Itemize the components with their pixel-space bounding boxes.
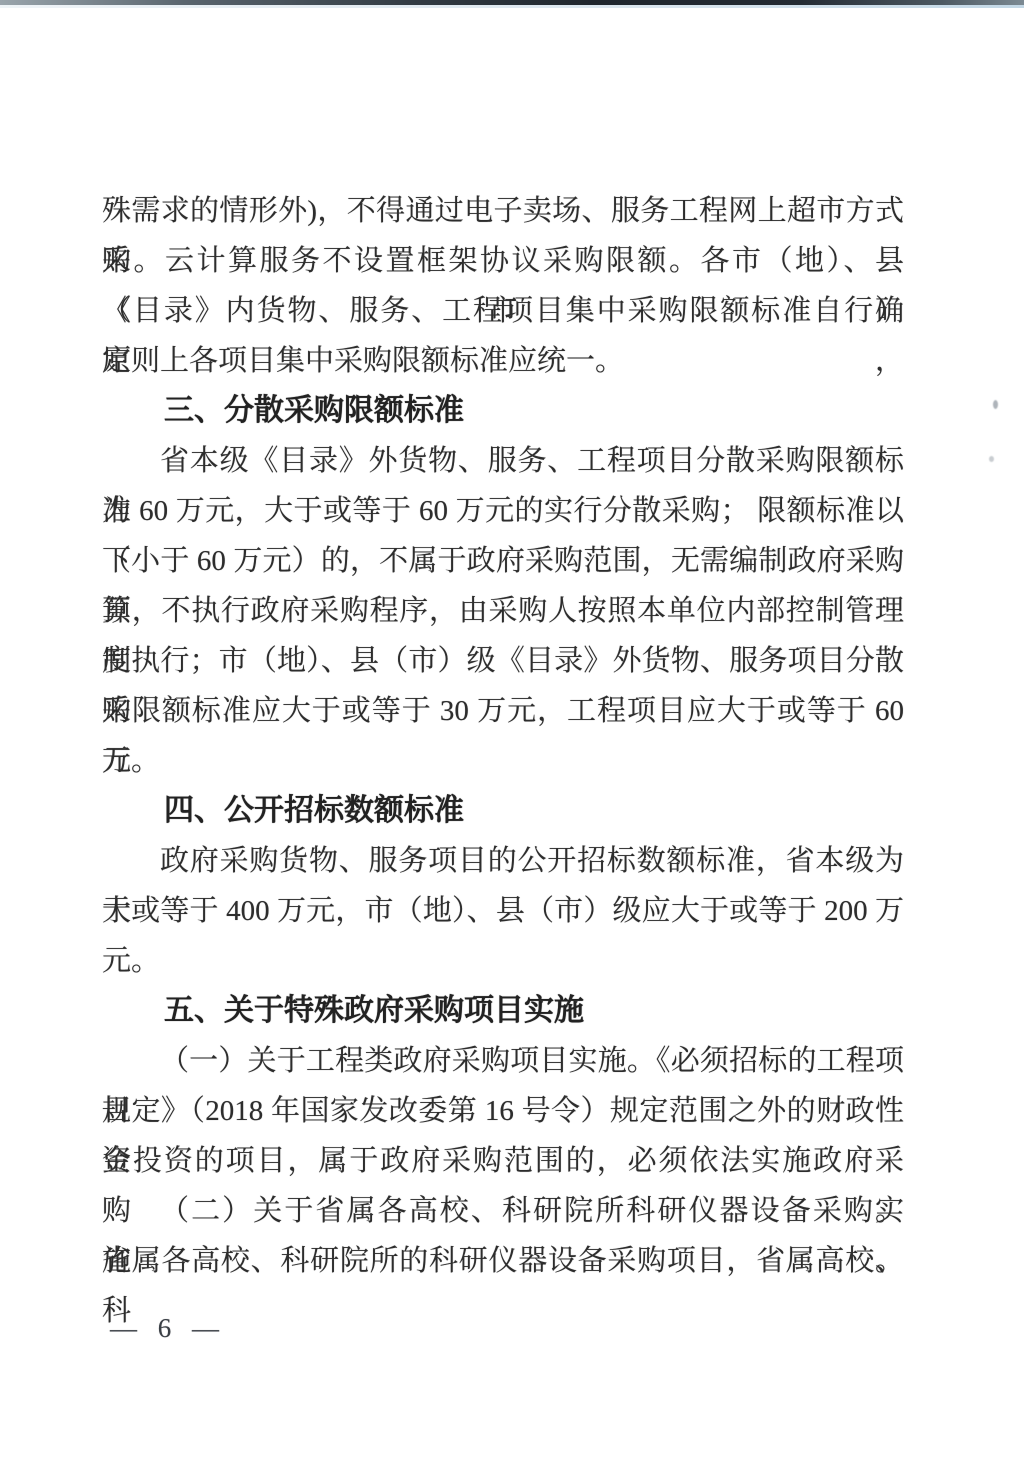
- section-heading-5: 五、关于特殊政府采购项目实施: [102, 986, 904, 1036]
- page-number: — 6 —: [110, 1308, 221, 1348]
- body-line: 为 60 万元，大于或等于 60 万元的实行分散采购； 限额标准以下: [102, 486, 904, 536]
- body-line: 金投资的项目，属于政府采购范围的，必须依法实施政府采购。: [102, 1136, 904, 1186]
- body-line: 购限额标准应大于或等于 30 万元，工程项目应大于或等于 60 万: [102, 686, 904, 736]
- body-line: 政府采购货物、服务项目的公开招标数额标准，省本级为大: [102, 836, 904, 886]
- body-line: 于或等于 400 万元，市（地）、县（市）级应大于或等于 200 万: [102, 886, 904, 936]
- body-line: 省本级《目录》外货物、服务、工程项目分散采购限额标准: [102, 436, 904, 486]
- section-heading-3: 三、分散采购限额标准: [102, 386, 904, 436]
- scan-speck: [993, 400, 998, 409]
- body-line: 殊需求的情形外)，不得通过电子卖场、服务工程网上超市方式采: [102, 186, 904, 236]
- body-line: （一）关于工程类政府采购项目实施。《必须招标的工程项目: [102, 1036, 904, 1086]
- body-line: 元。: [102, 936, 904, 986]
- document-text-block: 殊需求的情形外)，不得通过电子卖场、服务工程网上超市方式采 购。云计算服务不设置…: [102, 186, 904, 1286]
- body-line: 购。云计算服务不设置框架协议采购限额。各市（地）、县（市）: [102, 236, 904, 286]
- body-line: 规定》（2018 年国家发改委第 16 号令）规定范围之外的财政性资: [102, 1086, 904, 1136]
- body-line: 度执行；市（地）、县（市）级《目录》外货物、服务项目分散采: [102, 636, 904, 686]
- section-heading-4: 四、公开招标数额标准: [102, 786, 904, 836]
- body-line: （二）关于省属各高校、科研院所科研仪器设备采购实施。: [102, 1186, 904, 1236]
- body-line: 元。: [102, 736, 904, 786]
- scan-speck: [989, 456, 994, 462]
- scan-edge-artifact: [0, 0, 1024, 5]
- body-line: 《目录》内货物、服务、工程项目集中采购限额标准自行确定，: [102, 286, 904, 336]
- scanned-document-page: 殊需求的情形外)，不得通过电子卖场、服务工程网上超市方式采 购。云计算服务不设置…: [0, 0, 1024, 1483]
- body-line: 算，不执行政府采购程序，由采购人按照本单位内部控制管理制: [102, 586, 904, 636]
- body-line: （小于 60 万元）的，不属于政府采购范围，无需编制政府采购预: [102, 536, 904, 586]
- body-line: 省属各高校、科研院所的科研仪器设备采购项目，省属高校、科: [102, 1236, 904, 1286]
